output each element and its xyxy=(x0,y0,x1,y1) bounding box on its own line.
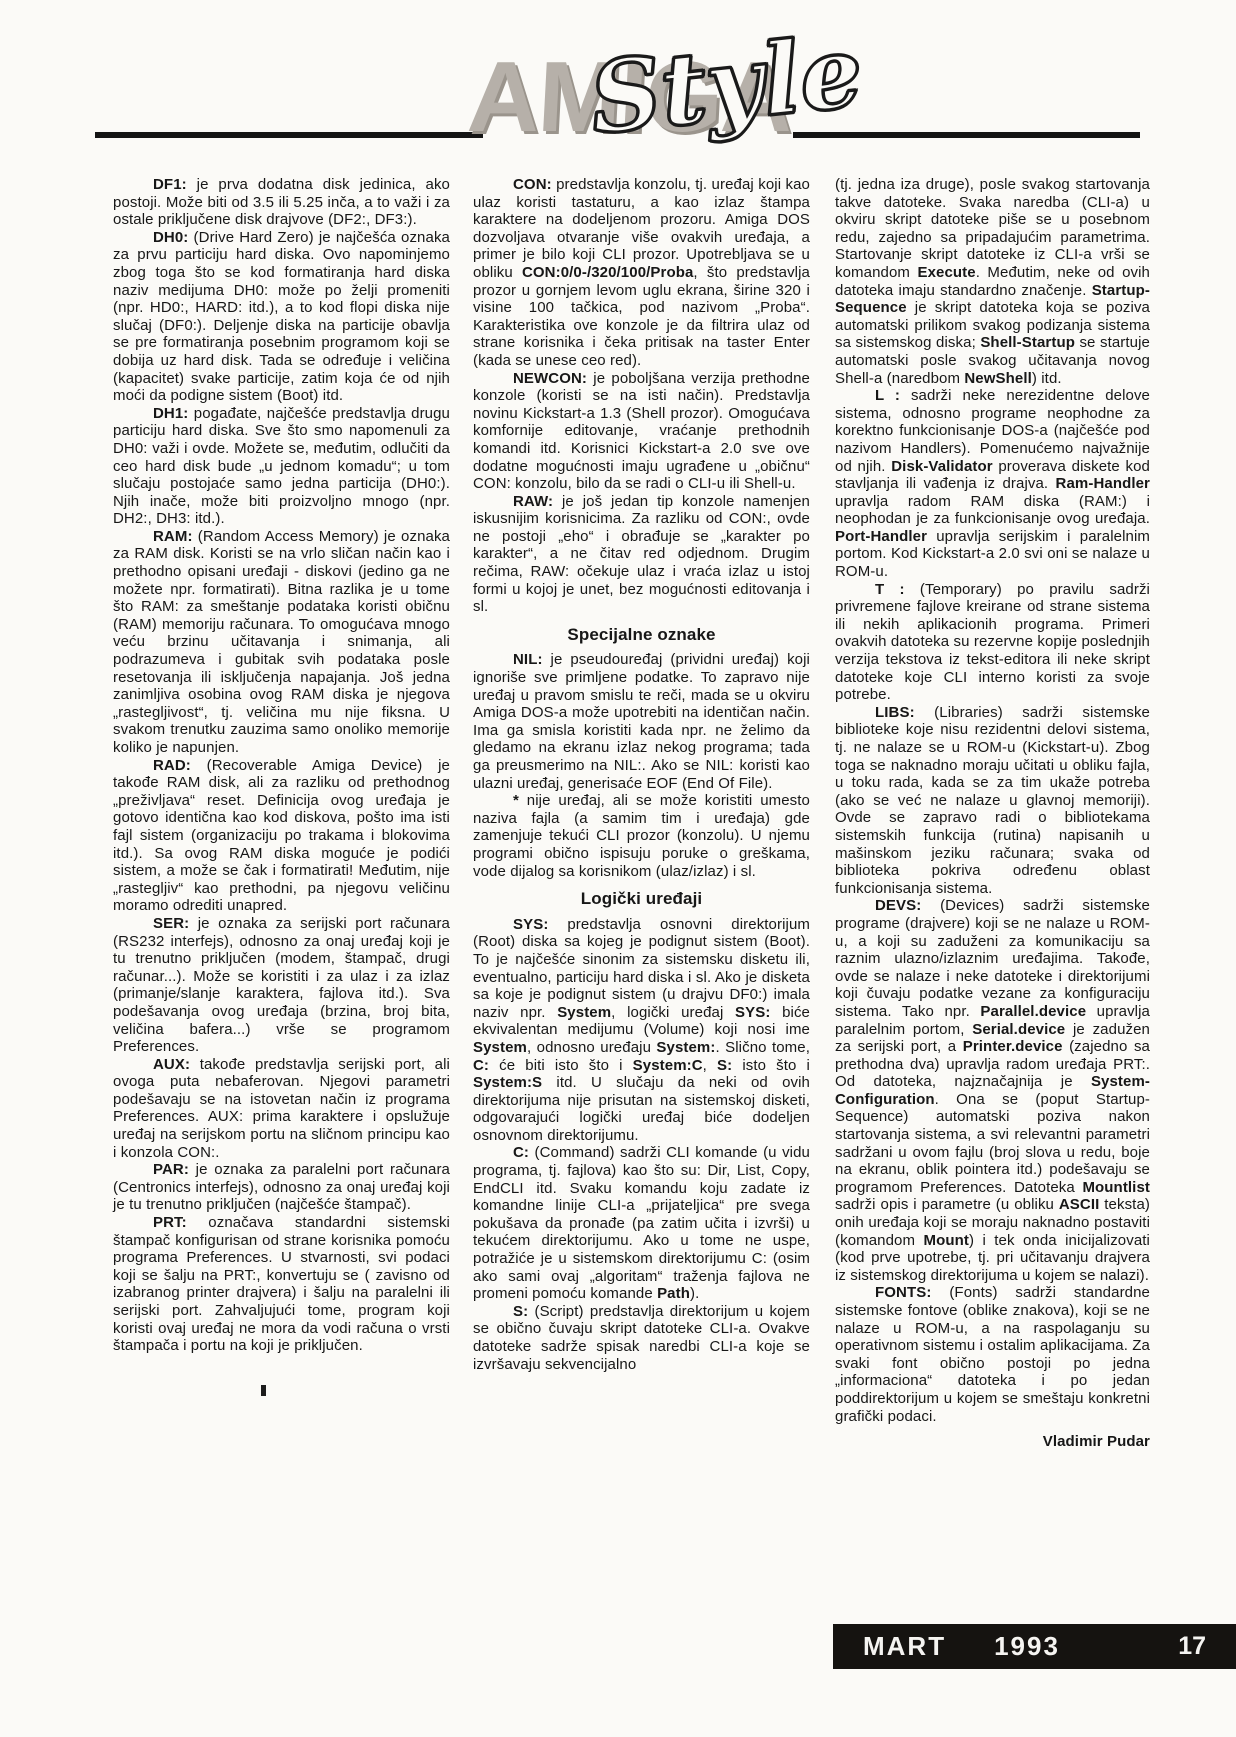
paragraph-nil: NIL: je pseudouređaj (prividni uređaj) k… xyxy=(473,651,810,792)
device-term: Parallel.device xyxy=(980,1003,1086,1020)
device-term: NEWCON: xyxy=(513,370,587,387)
text-run: ). xyxy=(690,1285,699,1302)
device-term: L : xyxy=(875,387,900,404)
text-run: nije uređaj, ali se može koristiti umest… xyxy=(473,792,810,879)
device-term: System:S xyxy=(473,1074,542,1091)
ink-mark xyxy=(261,1385,266,1396)
text-run: je oznaka za serijski port računara (RS2… xyxy=(113,915,450,1055)
device-term: System: xyxy=(656,1039,715,1056)
column-2: CON: predstavlja konzolu, tj. uređaj koj… xyxy=(473,176,810,1373)
device-term: DF1: xyxy=(153,176,187,193)
device-term: Ram-Handler xyxy=(1056,475,1150,492)
paragraph-dh1: DH1: pogađate, najčešće predstavlja drug… xyxy=(113,405,450,528)
device-term: System:C xyxy=(633,1057,703,1074)
text-run: je još jedan tip konzole namenjen iskusn… xyxy=(473,493,810,616)
device-term: ASCII xyxy=(1059,1196,1100,1213)
device-term: NewShell xyxy=(964,370,1032,387)
column-3: (tj. jedna iza druge), posle svakog star… xyxy=(835,176,1150,1451)
text-run: , odnosno uređaju xyxy=(527,1039,656,1056)
device-term: Disk-Validator xyxy=(891,458,992,475)
paragraph-con: CON: predstavlja konzolu, tj. uređaj koj… xyxy=(473,176,810,370)
footer-month: MART xyxy=(863,1631,946,1662)
paragraph-sys: SYS: predstavlja osnovni direktorijum (R… xyxy=(473,916,810,1145)
paragraph-aux: AUX: takođe predstavlja serijski port, a… xyxy=(113,1056,450,1162)
device-term: S: xyxy=(513,1303,528,1320)
paragraph-script-continuation: (tj. jedna iza druge), posle svakog star… xyxy=(835,176,1150,387)
paragraph-ram: RAM: (Random Access Memory) je oznaka za… xyxy=(113,528,450,757)
device-term: System xyxy=(473,1039,527,1056)
text-run: (Fonts) sadrži standardne sistemske font… xyxy=(835,1284,1150,1424)
text-run: (Devices) sadrži sistemske programe (dra… xyxy=(835,897,1150,1020)
device-term: AUX: xyxy=(153,1056,190,1073)
text-run: (Temporary) po pravilu sadrži privremene… xyxy=(835,581,1150,704)
paragraph-t: T : (Temporary) po pravilu sadrži privre… xyxy=(835,581,1150,704)
section-heading: Specijalne oznake xyxy=(473,626,810,644)
footer-year: 1993 xyxy=(994,1631,1060,1662)
paragraph-raw: RAW: je još jedan tip konzole namenjen i… xyxy=(473,493,810,616)
device-term: C: xyxy=(513,1144,529,1161)
device-term: NIL: xyxy=(513,651,543,668)
device-term: DH1: xyxy=(153,405,188,422)
paragraph-ser: SER: je oznaka za serijski port računara… xyxy=(113,915,450,1056)
device-term: Printer.device xyxy=(963,1038,1063,1055)
device-term: RAD: xyxy=(153,757,191,774)
text-run: je poboljšana verzija prethodne konzole … xyxy=(473,370,810,493)
text-run: (Random Access Memory) je oznaka za RAM … xyxy=(113,528,450,756)
column-1: DF1: je prva dodatna disk jedinica, ako … xyxy=(113,176,450,1396)
text-run: označava standardni sistemski štampač ko… xyxy=(113,1214,450,1354)
device-term: DEVS: xyxy=(875,897,921,914)
paragraph-fonts: FONTS: (Fonts) sadrži standardne sistems… xyxy=(835,1284,1150,1425)
text-run: (Recoverable Amiga Device) je takođe RAM… xyxy=(113,757,450,915)
masthead-rule-left xyxy=(95,132,483,138)
paragraph-dh0: DH0: (Drive Hard Zero) je najčešća oznak… xyxy=(113,229,450,405)
text-run: pogađate, najčešće predstavlja drugu par… xyxy=(113,405,450,528)
paragraph-devs: DEVS: (Devices) sadrži sistemske program… xyxy=(835,897,1150,1284)
device-term: PAR: xyxy=(153,1161,189,1178)
paragraph-s: S: (Script) predstavlja direktorijum u k… xyxy=(473,1303,810,1373)
device-term: DH0: xyxy=(153,229,188,246)
device-term: S: xyxy=(717,1057,732,1074)
text-run: (Command) sadrži CLI komande (u vidu pro… xyxy=(473,1144,810,1302)
logo-style-text: Style xyxy=(585,14,868,157)
device-term: RAW: xyxy=(513,493,553,510)
text-run: , logički uređaj xyxy=(611,1004,735,1021)
text-run: isto što i xyxy=(732,1057,810,1074)
text-run: , xyxy=(703,1057,717,1074)
text-run: će biti isto što i xyxy=(489,1057,633,1074)
text-run: je pseudouređaj (prividni uređaj) koji i… xyxy=(473,651,810,791)
byline: Vladimir Pudar xyxy=(835,1433,1150,1451)
device-term: SYS: xyxy=(735,1004,770,1021)
paragraph-c: C: (Command) sadrži CLI komande (u vidu … xyxy=(473,1144,810,1302)
page-number: 17 xyxy=(1178,1632,1206,1661)
device-term: System xyxy=(557,1004,611,1021)
text-run: sadrži opis i parametre (u obliku xyxy=(835,1196,1059,1213)
device-term: Path xyxy=(657,1285,690,1302)
paragraph-par: PAR: je oznaka za paralelni port računar… xyxy=(113,1161,450,1214)
device-term: CON:0/0-/320/100/Proba xyxy=(522,264,693,281)
device-term: Shell-Startup xyxy=(980,334,1075,351)
device-term: LIBS: xyxy=(875,704,915,721)
device-term: SYS: xyxy=(513,916,548,933)
paragraph-libs: LIBS: (Libraries) sadrži sistemske bibli… xyxy=(835,704,1150,898)
paragraph-l: L : sadrži neke nerezidentne delove sist… xyxy=(835,387,1150,581)
device-term: C: xyxy=(473,1057,489,1074)
magazine-page: AMIGA Style DF1: je prva dodatna disk je… xyxy=(0,0,1236,1737)
device-term: CON: xyxy=(513,176,552,193)
device-term: PRT: xyxy=(153,1214,187,1231)
paragraph-star: * nije uređaj, ali se može koristiti ume… xyxy=(473,792,810,880)
device-term: RAM: xyxy=(153,528,193,545)
device-term: Serial.device xyxy=(972,1021,1065,1038)
device-term: T : xyxy=(875,581,905,598)
text-run: (Drive Hard Zero) je najčešća oznaka za … xyxy=(113,229,450,404)
paragraph-newcon: NEWCON: je poboljšana verzija prethodne … xyxy=(473,370,810,493)
text-run: upravlja radom RAM diska (RAM:) i neopho… xyxy=(835,493,1150,528)
paragraph-df1: DF1: je prva dodatna disk jedinica, ako … xyxy=(113,176,450,229)
footer-bar: MART 1993 17 xyxy=(833,1624,1236,1669)
device-term: FONTS: xyxy=(875,1284,931,1301)
paragraph-rad: RAD: (Recoverable Amiga Device) je takođ… xyxy=(113,757,450,915)
device-term: SER: xyxy=(153,915,189,932)
masthead: AMIGA Style xyxy=(0,0,1236,178)
article-body: DF1: je prva dodatna disk jedinica, ako … xyxy=(113,176,1153,1451)
device-term: Port-Handler xyxy=(835,528,927,545)
text-run: (Libraries) sadrži sistemske biblioteke … xyxy=(835,704,1150,897)
device-term: Execute xyxy=(917,264,975,281)
section-heading: Logički uređaji xyxy=(473,890,810,908)
text-run: . Slično tome, xyxy=(715,1039,810,1056)
text-run: ) itd. xyxy=(1032,370,1062,387)
device-term: Mount xyxy=(923,1232,968,1249)
amiga-style-logo: AMIGA Style xyxy=(462,26,862,176)
device-term: Mountlist xyxy=(1082,1179,1150,1196)
paragraph-prt: PRT: označava standardni sistemski štamp… xyxy=(113,1214,450,1355)
